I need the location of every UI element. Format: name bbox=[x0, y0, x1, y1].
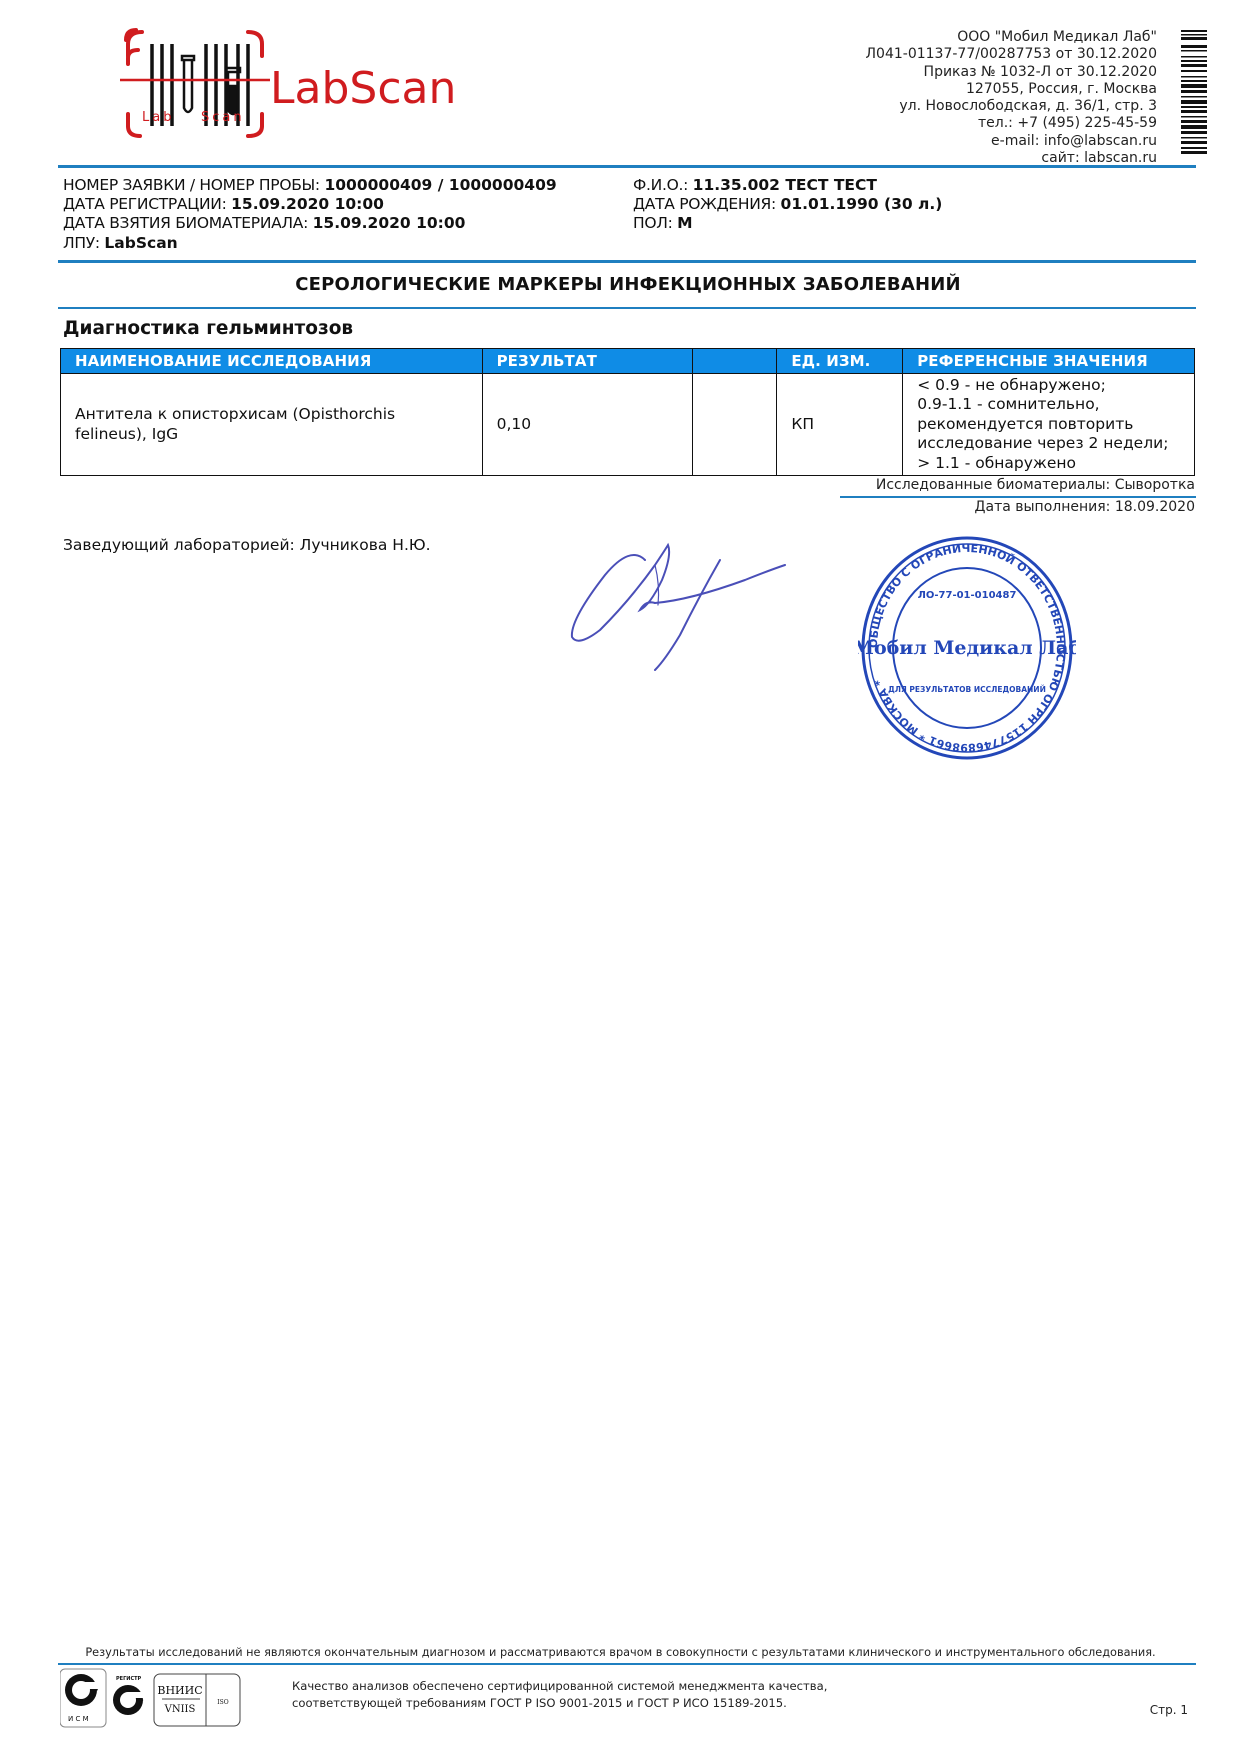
table-row: Антитела к описторхисам (Opisthorchis fe… bbox=[61, 374, 1195, 476]
company-email: e-mail: info@labscan.ru bbox=[866, 133, 1157, 150]
patient-name-value: 11.35.002 ТЕСТ ТЕСТ bbox=[693, 176, 877, 194]
svg-text:ЛО-77-01-010487: ЛО-77-01-010487 bbox=[918, 590, 1017, 601]
barcode-icon bbox=[1181, 30, 1207, 158]
biomaterials-divider bbox=[840, 496, 1196, 498]
svg-text:ВНИИС: ВНИИС bbox=[157, 1684, 202, 1697]
reference-line: рекомендуется повторить bbox=[917, 415, 1194, 434]
svg-text:ISO: ISO bbox=[217, 1699, 228, 1706]
page-number: Стр. 1 bbox=[1150, 1703, 1188, 1717]
quality-statement: Качество анализов обеспечено сертифициро… bbox=[292, 1678, 827, 1712]
flag-cell bbox=[693, 374, 777, 476]
section-title: СЕРОЛОГИЧЕСКИЕ МАРКЕРЫ ИНФЕКЦИОННЫХ ЗАБО… bbox=[62, 274, 1194, 295]
svg-text:Т: Т bbox=[91, 1688, 98, 1699]
company-stamp: ОБЩЕСТВО С ОГРАНИЧЕННОЙ ОТВЕТСТВЕННОСТЬЮ… bbox=[858, 532, 1076, 764]
reference-cell: < 0.9 - не обнаружено; 0.9-1.1 - сомните… bbox=[903, 374, 1195, 476]
test-tube-icon bbox=[182, 56, 194, 112]
svg-text:И С М: И С М bbox=[68, 1715, 89, 1723]
head-of-laboratory: Заведующий лабораторией: Лучникова Н.Ю. bbox=[63, 536, 431, 554]
test-name-cell: Антитела к описторхисам (Opisthorchis fe… bbox=[61, 374, 483, 476]
registration-date-value: 15.09.2020 10:00 bbox=[231, 195, 384, 213]
order-number-row: НОМЕР ЗАЯВКИ / НОМЕР ПРОБЫ: 1000000409 /… bbox=[63, 176, 557, 195]
company-phone: тел.: +7 (495) 225-45-59 bbox=[866, 115, 1157, 132]
sample-date-row: ДАТА ВЗЯТИЯ БИОМАТЕРИАЛА: 15.09.2020 10:… bbox=[63, 214, 557, 233]
registration-date-row: ДАТА РЕГИСТРАЦИИ: 15.09.2020 10:00 bbox=[63, 195, 557, 214]
labscan-logo: Lab Scan LabScan bbox=[120, 28, 500, 153]
company-license: Л041-01137-77/00287753 от 30.12.2020 bbox=[866, 46, 1157, 63]
sex-row: ПОЛ: М bbox=[633, 214, 942, 233]
test-tube-filled-icon bbox=[226, 68, 240, 114]
column-header-unit: ЕД. ИЗМ. bbox=[777, 349, 903, 374]
reference-line: > 1.1 - обнаружено bbox=[917, 454, 1194, 473]
svg-text:Lab: Lab bbox=[142, 110, 174, 125]
vniis-icon: ВНИИС VNIIS ISO bbox=[154, 1674, 240, 1726]
company-name: ООО "Мобил Медикал Лаб" bbox=[866, 29, 1157, 46]
patient-name-row: Ф.И.О.: 11.35.002 ТЕСТ ТЕСТ bbox=[633, 176, 942, 195]
gost-register-icon: РЕГИСТР Т bbox=[113, 1676, 144, 1715]
section-divider bbox=[58, 307, 1196, 309]
quality-line: соответствующей требованиям ГОСТ Р ISO 9… bbox=[292, 1695, 827, 1712]
column-header-result: РЕЗУЛЬТАТ bbox=[482, 349, 693, 374]
reference-line: исследование через 2 недели; bbox=[917, 434, 1194, 453]
table-header-row: НАИМЕНОВАНИЕ ИССЛЕДОВАНИЯ РЕЗУЛЬТАТ ЕД. … bbox=[61, 349, 1195, 374]
svg-text:Scan: Scan bbox=[201, 110, 245, 125]
reference-line: 0.9-1.1 - сомнительно, bbox=[917, 395, 1194, 414]
sample-date-value: 15.09.2020 10:00 bbox=[313, 214, 466, 232]
quality-line: Качество анализов обеспечено сертифициро… bbox=[292, 1678, 827, 1695]
lpu-row: ЛПУ: LabScan bbox=[63, 234, 557, 253]
signature-image bbox=[560, 525, 810, 675]
lpu-value: LabScan bbox=[104, 234, 177, 252]
order-number-value: 1000000409 / 1000000409 bbox=[324, 176, 556, 194]
svg-text:Т: Т bbox=[137, 1699, 144, 1709]
column-header-flag bbox=[693, 349, 777, 374]
company-details: ООО "Мобил Медикал Лаб" Л041-01137-77/00… bbox=[866, 29, 1157, 167]
gost-rst-icon: Т И С М bbox=[60, 1669, 106, 1727]
results-table: НАИМЕНОВАНИЕ ИССЛЕДОВАНИЯ РЕЗУЛЬТАТ ЕД. … bbox=[60, 348, 1195, 476]
header-divider bbox=[58, 165, 1196, 168]
patient-info: Ф.И.О.: 11.35.002 ТЕСТ ТЕСТ ДАТА РОЖДЕНИ… bbox=[633, 176, 942, 234]
sex-value: М bbox=[677, 214, 692, 232]
column-header-test-name: НАИМЕНОВАНИЕ ИССЛЕДОВАНИЯ bbox=[61, 349, 483, 374]
unit-cell: КП bbox=[777, 374, 903, 476]
company-city: 127055, Россия, г. Москва bbox=[866, 81, 1157, 98]
svg-text:«Мобил Медикал Лаб»: «Мобил Медикал Лаб» bbox=[858, 637, 1076, 659]
biomaterials-note: Исследованные биоматериалы: Сыворотка bbox=[876, 477, 1195, 493]
order-info: НОМЕР ЗАЯВКИ / НОМЕР ПРОБЫ: 1000000409 /… bbox=[63, 176, 557, 253]
footer-divider bbox=[58, 1663, 1196, 1665]
svg-text:РЕГИСТР: РЕГИСТР bbox=[116, 1676, 142, 1682]
reference-line: < 0.9 - не обнаружено; bbox=[917, 376, 1194, 395]
svg-text:ДЛЯ РЕЗУЛЬТАТОВ ИССЛЕДОВАНИЙ: ДЛЯ РЕЗУЛЬТАТОВ ИССЛЕДОВАНИЙ bbox=[888, 685, 1046, 694]
disclaimer-text: Результаты исследований не являются окон… bbox=[0, 1646, 1241, 1659]
certification-logos: Т И С М РЕГИСТР Т ВНИИС VNIIS ISO bbox=[60, 1668, 270, 1728]
subsection-title: Диагностика гельминтозов bbox=[63, 318, 353, 339]
birth-date-row: ДАТА РОЖДЕНИЯ: 01.01.1990 (30 л.) bbox=[633, 195, 942, 214]
birth-date-value: 01.01.1990 (30 л.) bbox=[781, 195, 943, 213]
result-cell: 0,10 bbox=[482, 374, 693, 476]
company-street: ул. Новослободская, д. 36/1, стр. 3 bbox=[866, 98, 1157, 115]
svg-text:VNIIS: VNIIS bbox=[164, 1704, 196, 1715]
svg-text:LabScan: LabScan bbox=[270, 63, 456, 114]
completion-date: Дата выполнения: 18.09.2020 bbox=[975, 499, 1195, 515]
company-order: Приказ № 1032-Л от 30.12.2020 bbox=[866, 64, 1157, 81]
column-header-reference: РЕФЕРЕНСНЫЕ ЗНАЧЕНИЯ bbox=[903, 349, 1195, 374]
info-divider bbox=[58, 260, 1196, 263]
